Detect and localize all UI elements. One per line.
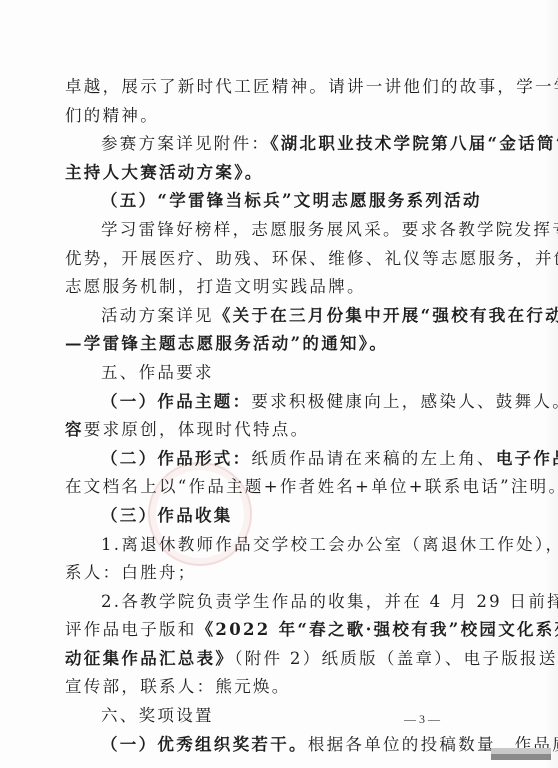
text-run: （一）优秀组织奖若干。 bbox=[101, 735, 308, 754]
text-line: 在文档名上以“作品主题+作者姓名+单位+联系电话”注明。 bbox=[65, 473, 447, 502]
text-run: 活动方案详见 bbox=[101, 306, 214, 325]
text-run: 宣传部，联系人：熊元焕。 bbox=[65, 677, 291, 696]
text-run: （五）“学雷锋当标兵”文明志愿服务系列活动 bbox=[101, 191, 482, 210]
text-run: 《湖北职业技术学院第八届“金话筒” bbox=[270, 134, 558, 153]
text-line: 参赛方案详见附件：《湖北职业技术学院第八届“金话筒” bbox=[65, 130, 447, 159]
text-run: 优势，开展医疗、助残、环保、维修、礼仪等志愿服务，并创新 bbox=[65, 249, 558, 268]
text-run: 学习雷锋好榜样，志愿服务展风采。要求各教学院发挥专业 bbox=[101, 220, 558, 239]
text-run: 1.离退休教师作品交学校工会办公室（离退休工作处），联 bbox=[101, 535, 558, 554]
text-line: 五、作品要求 bbox=[65, 359, 447, 388]
text-run: 《2022 年“春之歌·强校有我”校园文化系列活 bbox=[197, 620, 558, 639]
text-run: 动征集作品汇总表》 bbox=[65, 649, 234, 668]
text-run: 五、作品要求 bbox=[101, 363, 214, 382]
text-line: 容要求原创，体现时代特点。 bbox=[65, 416, 447, 445]
text-line: （一）优秀组织奖若干。根据各单位的投稿数量，作品质量 bbox=[65, 731, 447, 760]
text-run: （三）作品收集 bbox=[101, 506, 233, 525]
text-line: 动征集作品汇总表》（附件 2）纸质版（盖章）、电子版报送党委 bbox=[65, 645, 447, 674]
text-run: 在文档名上以“作品主题+作者姓名+单位+联系电话”注明。 bbox=[65, 477, 558, 496]
text-line: 主持人大赛活动方案》。 bbox=[65, 159, 447, 188]
text-line: 优势，开展医疗、助残、环保、维修、礼仪等志愿服务，并创新 bbox=[65, 245, 447, 274]
text-run: 参赛方案详见附件： bbox=[101, 134, 270, 153]
page-edge-shadow bbox=[544, 0, 558, 768]
text-line: 志愿服务机制，打造文明实践品牌。 bbox=[65, 273, 447, 302]
document-page: 卓越，展示了新时代工匠精神。请讲一讲他们的故事，学一学他们的精神。参赛方案详见附… bbox=[0, 0, 558, 768]
text-line: —学雷锋主题志愿服务活动”的通知》。 bbox=[65, 330, 447, 359]
text-run: —学雷锋主题志愿服务活动”的通知》。 bbox=[65, 334, 388, 353]
page-number: — 3 — bbox=[404, 712, 440, 727]
text-run: 卓越，展示了新时代工匠精神。请讲一讲他们的故事，学一学他 bbox=[65, 77, 558, 96]
text-run: 六、奖项设置 bbox=[101, 706, 214, 725]
text-run: 主持人大赛活动方案》。 bbox=[65, 163, 264, 182]
text-line: （二）作品形式：纸质作品请在来稿的左上角、电子作品请 bbox=[65, 445, 447, 474]
text-run: 评作品电子版和 bbox=[65, 620, 197, 639]
text-run: 志愿服务机制，打造文明实践品牌。 bbox=[65, 277, 366, 296]
text-line: 六、奖项设置 bbox=[65, 702, 447, 731]
text-line: 系人：白胜舟； bbox=[65, 559, 447, 588]
text-line: 活动方案详见《关于在三月份集中开展“强校有我在行动— bbox=[65, 302, 447, 331]
text-line: 宣传部，联系人：熊元焕。 bbox=[65, 673, 447, 702]
text-run: 系人：白胜舟； bbox=[65, 563, 197, 582]
document-body: 卓越，展示了新时代工匠精神。请讲一讲他们的故事，学一学他们的精神。参赛方案详见附… bbox=[65, 73, 447, 759]
text-line: 2.各教学院负责学生作品的收集，并在 4 月 29 日前择优将初 bbox=[65, 588, 447, 617]
text-run: 要求原创，体现时代特点。 bbox=[84, 420, 310, 439]
text-line: 学习雷锋好榜样，志愿服务展风采。要求各教学院发挥专业 bbox=[65, 216, 447, 245]
text-run: 容 bbox=[65, 420, 84, 439]
text-run: 纸质作品请在来稿的左上角、 bbox=[251, 449, 495, 468]
text-run: 要求积极健康向上，感染人、鼓舞人。 bbox=[251, 392, 558, 411]
text-run: （一）作品主题： bbox=[101, 392, 251, 411]
scan-speck bbox=[189, 719, 191, 721]
text-line: （一）作品主题：要求积极健康向上，感染人、鼓舞人。内 bbox=[65, 388, 447, 417]
text-line: 卓越，展示了新时代工匠精神。请讲一讲他们的故事，学一学他 bbox=[65, 73, 447, 102]
text-line: 1.离退休教师作品交学校工会办公室（离退休工作处），联 bbox=[65, 531, 447, 560]
text-line: 们的精神。 bbox=[65, 102, 447, 131]
text-run: （二）作品形式： bbox=[101, 449, 251, 468]
text-run: （附件 2）纸质版（盖章）、电子版报送党委 bbox=[234, 649, 558, 668]
text-line: （五）“学雷锋当标兵”文明志愿服务系列活动 bbox=[65, 187, 447, 216]
text-line: （三）作品收集 bbox=[65, 502, 447, 531]
text-run: 们的精神。 bbox=[65, 106, 159, 125]
watermark-logo bbox=[491, 748, 551, 760]
text-line: 评作品电子版和《2022 年“春之歌·强校有我”校园文化系列活 bbox=[65, 616, 447, 645]
text-run: 《关于在三月份集中开展“强校有我在行动— bbox=[214, 306, 558, 325]
text-run: 2.各教学院负责学生作品的收集，并在 4 月 29 日前择优将初 bbox=[101, 592, 558, 611]
